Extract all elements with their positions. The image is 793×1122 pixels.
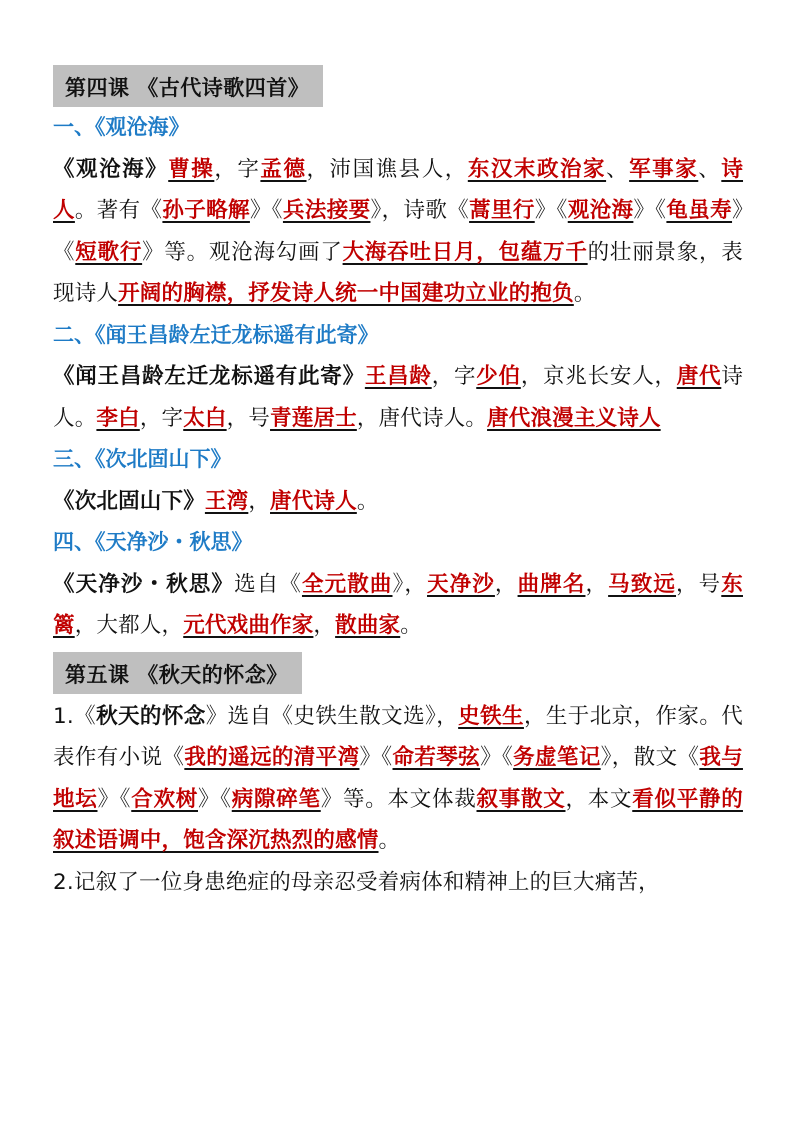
keyword-highlight: 李白 — [96, 406, 139, 431]
keyword-highlight: 合欢树 — [131, 787, 198, 812]
section-paragraph: 《闻王昌龄左迁龙标遥有此寄》王昌龄，字少伯，京兆长安人，唐代诗人。李白，字太白，… — [53, 356, 743, 439]
body-text: ， — [248, 489, 270, 514]
title-text: 《闻王昌龄左迁龙标遥有此寄》 — [53, 364, 365, 389]
keyword-highlight: 短歌行 — [75, 240, 142, 265]
section-ci-bei-gu-shan-xia: 三、《次北固山下》 《次北固山下》王湾，唐代诗人。 — [53, 439, 743, 522]
body-text: 》《 — [480, 745, 513, 770]
body-text: 。 — [400, 613, 422, 638]
section-title: 四、《天净沙・秋思》 — [53, 522, 743, 564]
keyword-highlight: 唐代浪漫主义诗人 — [487, 406, 661, 431]
keyword-highlight: 青莲居士 — [270, 406, 357, 431]
body-text: 、 — [606, 157, 629, 182]
body-text: ，京兆长安人， — [521, 364, 677, 389]
body-text: ，字 — [140, 406, 183, 431]
body-text: 》《 — [250, 198, 283, 223]
section-wen-wang-chang-ling: 二、《闻王昌龄左迁龙标遥有此寄》 《闻王昌龄左迁龙标遥有此寄》王昌龄，字少伯，京… — [53, 315, 743, 440]
section-paragraph: 《观沧海》曹操，字孟德，沛国谯县人，东汉末政治家、军事家、诗人。著有《孙子略解》… — [53, 149, 743, 315]
body-text: ，字 — [432, 364, 477, 389]
lesson-5-paragraph-2: 2.记叙了一位身患绝症的母亲忍受着病体和精神上的巨大痛苦， — [53, 862, 743, 904]
keyword-highlight: 史铁生 — [458, 704, 524, 729]
keyword-highlight: 太白 — [183, 406, 226, 431]
keyword-highlight: 大海吞吐日月，包蕴万千 — [343, 240, 588, 265]
document-page: 第四课 《古代诗歌四首》 一、《观沧海》 《观沧海》曹操，字孟德，沛国谯县人，东… — [53, 65, 743, 903]
section-title: 三、《次北固山下》 — [53, 439, 743, 481]
body-text: 》《 — [198, 787, 232, 812]
keyword-highlight: 龟虽寿 — [666, 198, 732, 223]
title-text: 《次北固山下》 — [53, 489, 205, 514]
body-text: ， — [313, 613, 335, 638]
keyword-highlight: 军事家 — [629, 157, 698, 182]
body-text: ，号 — [676, 572, 721, 597]
body-text: ，号 — [227, 406, 270, 431]
body-text: ，字 — [214, 157, 260, 182]
keyword-highlight: 我的遥远的清平湾 — [184, 745, 359, 770]
keyword-highlight: 散曲家 — [335, 613, 400, 638]
lesson-4-header: 第四课 《古代诗歌四首》 — [53, 65, 323, 107]
body-text: 1.《 — [53, 704, 96, 729]
body-text: 》《 — [535, 198, 568, 223]
keyword-highlight: 少伯 — [476, 364, 521, 389]
body-text: 》《 — [98, 787, 132, 812]
keyword-highlight: 孙子略解 — [162, 198, 250, 223]
body-text: 2.记叙了一位身患绝症的母亲忍受着病体和精神上的巨大痛苦， — [53, 870, 660, 895]
lesson-5-header: 第五课 《秋天的怀念》 — [53, 652, 302, 694]
body-text: 。 — [379, 828, 401, 853]
title-text: 《观沧海》 — [53, 157, 168, 182]
body-text: 》《 — [359, 745, 392, 770]
keyword-highlight: 孟德 — [260, 157, 306, 182]
body-text: 。 — [357, 489, 379, 514]
section-tian-jing-sha: 四、《天净沙・秋思》 《天净沙・秋思》选自《全元散曲》，天净沙，曲牌名，马致远，… — [53, 522, 743, 647]
keyword-highlight: 王湾 — [205, 489, 248, 514]
body-text: 、 — [698, 157, 721, 182]
keyword-highlight: 曹操 — [168, 157, 214, 182]
keyword-highlight: 全元散曲 — [302, 572, 393, 597]
section-guan-cang-hai: 一、《观沧海》 《观沧海》曹操，字孟德，沛国谯县人，东汉末政治家、军事家、诗人。… — [53, 107, 743, 315]
keyword-highlight: 唐代诗人 — [270, 489, 357, 514]
body-text: 》等。观沧海勾画了 — [142, 240, 342, 265]
body-text: ，大都人， — [75, 613, 184, 638]
body-text: 》， — [393, 572, 428, 597]
body-text: 选自《 — [234, 572, 302, 597]
section-paragraph: 《次北固山下》王湾，唐代诗人。 — [53, 481, 743, 523]
keyword-highlight: 开阔的胸襟，抒发诗人统一中国建功立业的抱负 — [118, 281, 574, 306]
body-text: 。 — [574, 281, 596, 306]
title-text: 《天净沙・秋思》 — [53, 572, 234, 597]
keyword-highlight: 马致远 — [608, 572, 676, 597]
body-text: 》等。本文体裁 — [321, 787, 477, 812]
keyword-highlight: 兵法接要 — [283, 198, 371, 223]
section-title: 一、《观沧海》 — [53, 107, 743, 149]
lesson-5-paragraph-1: 1.《秋天的怀念》选自《史铁生散文选》，史铁生，生于北京，作家。代表作有小说《我… — [53, 696, 743, 862]
body-text: ， — [585, 572, 608, 597]
body-text: ，本文 — [566, 787, 633, 812]
keyword-highlight: 元代戏曲作家 — [183, 613, 313, 638]
keyword-highlight: 病隙碎笔 — [232, 787, 321, 812]
keyword-highlight: 命若琴弦 — [393, 745, 481, 770]
section-title: 二、《闻王昌龄左迁龙标遥有此寄》 — [53, 315, 743, 357]
body-text: ，沛国谯县人， — [307, 157, 468, 182]
keyword-highlight: 曲牌名 — [518, 572, 586, 597]
body-text: 》，散文《 — [601, 745, 700, 770]
keyword-highlight: 叙事散文 — [477, 787, 566, 812]
keyword-highlight: 王昌龄 — [365, 364, 432, 389]
keyword-highlight: 唐代 — [677, 364, 722, 389]
body-text: ， — [495, 572, 518, 597]
keyword-highlight: 观沧海 — [568, 198, 634, 223]
body-text: 。著有《 — [75, 198, 163, 223]
keyword-highlight: 东汉末政治家 — [468, 157, 606, 182]
body-text: ，唐代诗人。 — [357, 406, 487, 431]
section-paragraph: 《天净沙・秋思》选自《全元散曲》，天净沙，曲牌名，马致远，号东篱，大都人，元代戏… — [53, 564, 743, 647]
keyword-highlight: 天净沙 — [427, 572, 495, 597]
title-text: 秋天的怀念 — [96, 704, 206, 729]
body-text: 》选自《史铁生散文选》， — [206, 704, 458, 729]
keyword-highlight: 蒿里行 — [469, 198, 535, 223]
body-text: 》，诗歌《 — [370, 198, 469, 223]
keyword-highlight: 务虚笔记 — [513, 745, 601, 770]
body-text: 》《 — [633, 198, 666, 223]
